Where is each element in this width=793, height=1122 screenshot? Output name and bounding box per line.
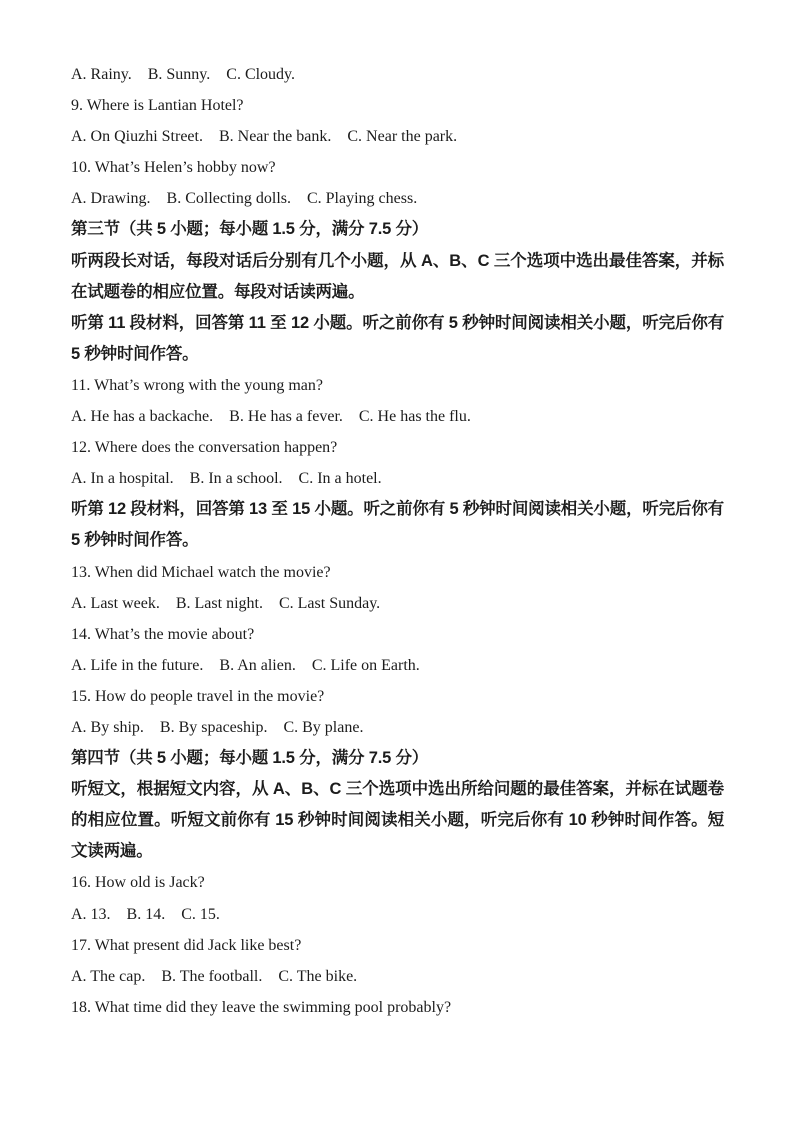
question-9-options: A. On Qiuzhi Street. B. Near the bank. C… [71,121,724,152]
material-12-intro: 听第 12 段材料，回答第 13 至 15 小题。听之前你有 5 秒钟时间阅读相… [71,494,724,556]
section-4-heading: 第四节（共 5 小题；每小题 1.5 分，满分 7.5 分） [71,743,724,774]
question-14-text: 14. What’s the movie about? [71,619,724,650]
question-11-text: 11. What’s wrong with the young man? [71,370,724,401]
question-13-text: 13. When did Michael watch the movie? [71,557,724,588]
question-16-text: 16. How old is Jack? [71,867,724,898]
question-10-options: A. Drawing. B. Collecting dolls. C. Play… [71,183,724,214]
question-13-options: A. Last week. B. Last night. C. Last Sun… [71,588,724,619]
question-8-options: A. Rainy. B. Sunny. C. Cloudy. [71,59,724,90]
section-3-instructions: 听两段长对话，每段对话后分别有几个小题，从 A、B、C 三个选项中选出最佳答案，… [71,246,724,308]
question-11-options: A. He has a backache. B. He has a fever.… [71,401,724,432]
question-15-options: A. By ship. B. By spaceship. C. By plane… [71,712,724,743]
question-14-options: A. Life in the future. B. An alien. C. L… [71,650,724,681]
question-16-options: A. 13. B. 14. C. 15. [71,899,724,930]
question-9-text: 9. Where is Lantian Hotel? [71,90,724,121]
question-12-text: 12. Where does the conversation happen? [71,432,724,463]
section-4-instructions: 听短文，根据短文内容，从 A、B、C 三个选项中选出所给问题的最佳答案，并标在试… [71,774,724,867]
question-15-text: 15. How do people travel in the movie? [71,681,724,712]
question-18-text: 18. What time did they leave the swimmin… [71,992,724,1023]
exam-document-page: A. Rainy. B. Sunny. C. Cloudy. 9. Where … [71,59,724,1023]
question-17-text: 17. What present did Jack like best? [71,930,724,961]
question-12-options: A. In a hospital. B. In a school. C. In … [71,463,724,494]
question-17-options: A. The cap. B. The football. C. The bike… [71,961,724,992]
material-11-intro: 听第 11 段材料，回答第 11 至 12 小题。听之前你有 5 秒钟时间阅读相… [71,308,724,370]
section-3-heading: 第三节（共 5 小题；每小题 1.5 分，满分 7.5 分） [71,214,724,245]
question-10-text: 10. What’s Helen’s hobby now? [71,152,724,183]
